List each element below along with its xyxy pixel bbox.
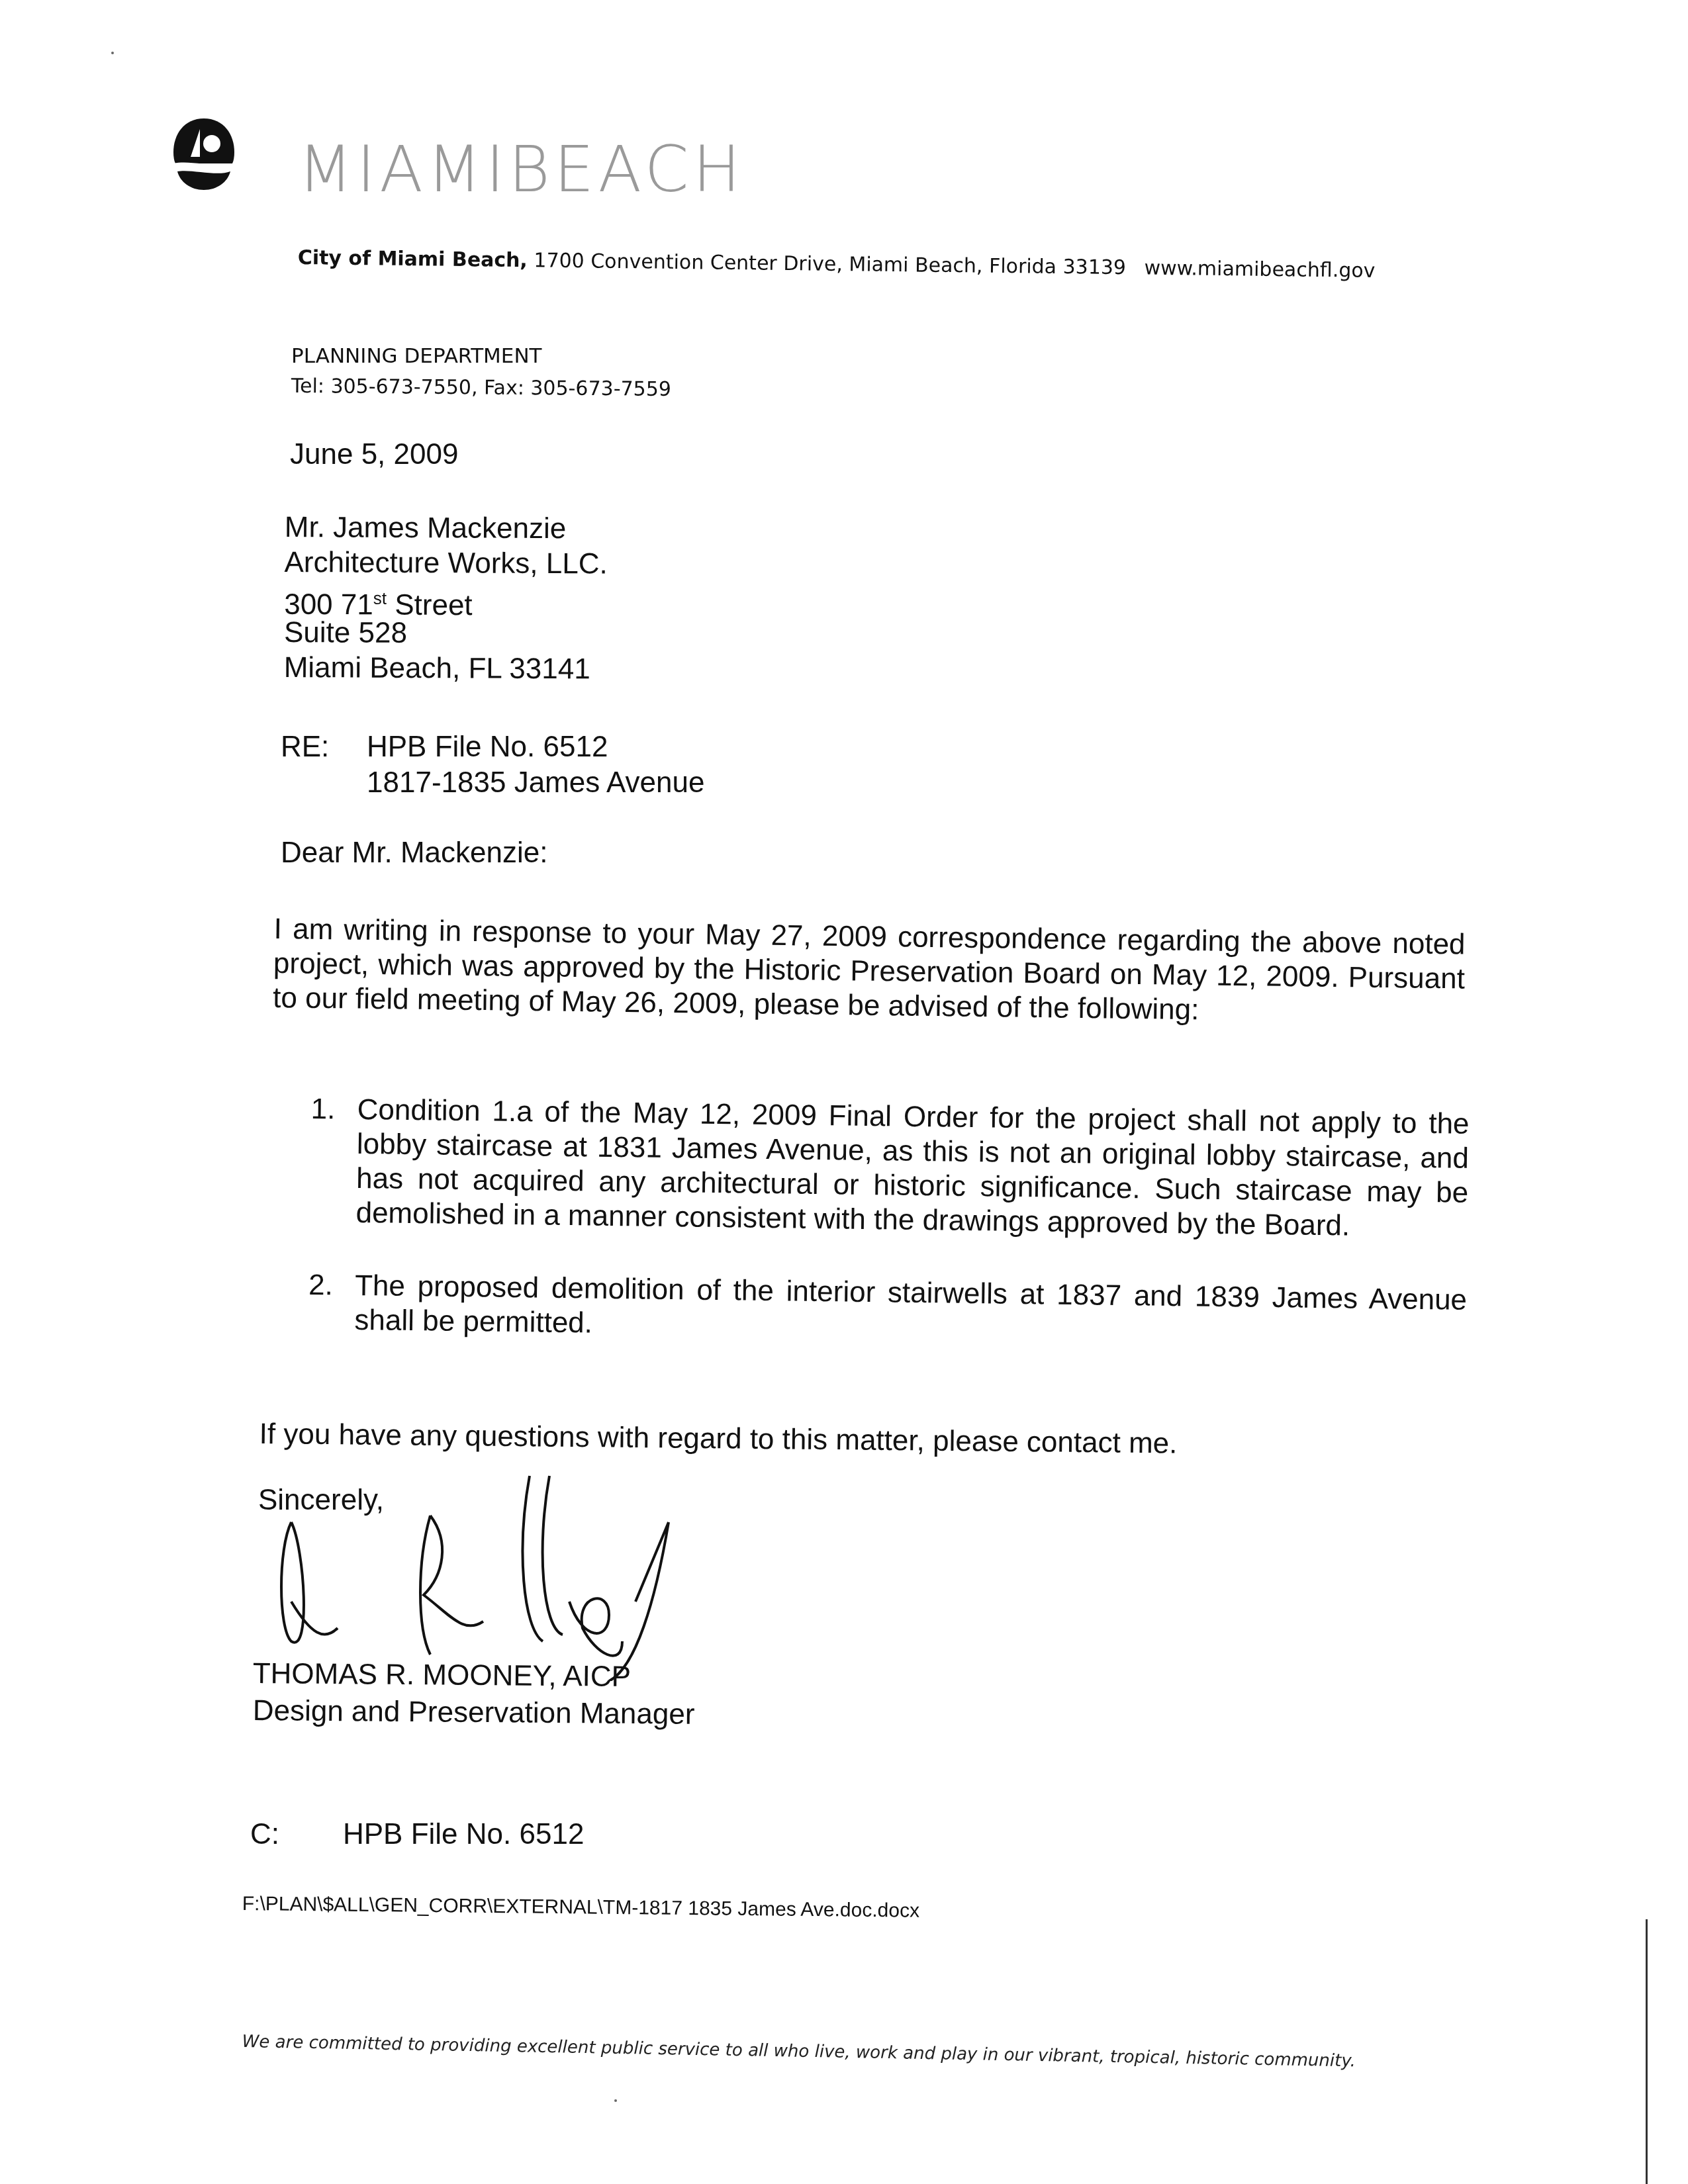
list-item-number: 1. (309, 1092, 357, 1230)
city-logo-wordmark: MIAMIBEACH (298, 132, 745, 206)
department-contact: Tel: 305-673-7550, Fax: 305-673-7559 (291, 375, 671, 401)
subject-reference: RE:HPB File No. 6512 1817-1835 James Ave… (281, 729, 704, 801)
letter-date: June 5, 2009 (290, 437, 458, 473)
list-item-text: The proposed demolition of the interior … (354, 1269, 1467, 1352)
recipient-block: Mr. James Mackenzie Architecture Works, … (284, 510, 608, 687)
list-item: 2. The proposed demolition of the interi… (308, 1268, 1467, 1352)
signer-title: Design and Preservation Manager (253, 1693, 695, 1733)
scan-artifact-line (1646, 1919, 1648, 2184)
list-item: 1. Condition 1.a of the May 12, 2009 Fin… (309, 1092, 1470, 1245)
recipient-name: Mr. James Mackenzie (285, 510, 608, 547)
recipient-city: Miami Beach, FL 33141 (284, 650, 608, 687)
city-logo-icon (171, 116, 237, 192)
list-item-text: Condition 1.a of the May 12, 2009 Final … (355, 1093, 1470, 1245)
file-path: F:\PLAN\$ALL\GEN_CORR\EXTERNAL\TM-1817 1… (242, 1893, 920, 1923)
street-address: 1700 Convention Center Drive, Miami Beac… (534, 249, 1126, 279)
letterhead-address: City of Miami Beach, 1700 Convention Cen… (298, 246, 1376, 283)
footer-motto: We are committed to providing excellent … (242, 2032, 1356, 2071)
carbon-copy: C:HPB File No. 6512 (250, 1817, 584, 1852)
website-link[interactable]: www.miamibeachfl.gov (1144, 257, 1375, 283)
recipient-company: Architecture Works, LLC. (284, 545, 608, 582)
list-item-number: 2. (308, 1268, 355, 1338)
re-address: 1817-1835 James Avenue (281, 765, 704, 801)
conditions-list: 1. Condition 1.a of the May 12, 2009 Fin… (307, 1092, 1469, 1390)
cc-value: HPB File No. 6512 (343, 1818, 584, 1850)
recipient-street: 300 71st Street (284, 580, 608, 617)
org-name: City of Miami Beach, (298, 246, 528, 272)
closing-paragraph: If you have any questions with regard to… (259, 1416, 1177, 1462)
signature-icon (265, 1469, 794, 1681)
re-label: RE: (281, 729, 367, 765)
salutation: Dear Mr. Mackenzie: (281, 835, 547, 871)
scan-speck (111, 52, 114, 54)
scan-speck (614, 2099, 617, 2102)
department-name: PLANNING DEPARTMENT (291, 344, 542, 368)
signer-name: THOMAS R. MOONEY, AICP (253, 1656, 632, 1695)
re-file-number: HPB File No. 6512 (367, 731, 608, 763)
cc-label: C: (250, 1817, 343, 1852)
body-paragraph: I am writing in response to your May 27,… (273, 912, 1466, 1031)
